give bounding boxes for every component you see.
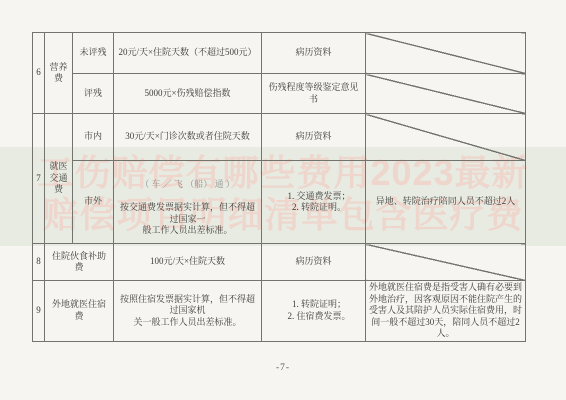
- row6-documents-1: 病历资料: [262, 33, 366, 74]
- row6-formula-1: 20元/天×住院天数（不超过500元）: [114, 33, 262, 74]
- row9-notes: 外地就医住宿费是指受害人确有必要到外地治疗，因客观原因不能住院产生的受害人及其陪…: [366, 281, 526, 342]
- row7-notes-1-empty-diagonal: [366, 114, 526, 161]
- row6-notes-2-empty-diagonal: [366, 74, 526, 114]
- row7-notes-2: 异地、转院治疗陪同人员不超过2人: [366, 161, 526, 244]
- row7-formula-2-degraded-line: （ 车 ／ 飞 （船） 通 ）: [117, 179, 258, 191]
- row8-number: 8: [33, 244, 45, 281]
- row6-documents-2: 伤残程度等级鉴定意见书: [262, 74, 366, 114]
- row7-subtype-2: 市外: [73, 161, 114, 244]
- row8-formula: 100元/天×住院天数: [114, 244, 262, 281]
- compensation-items-table: 6 营养费 未评残 20元/天×住院天数（不超过500元） 病历资料 评残 50…: [32, 32, 526, 342]
- row8-documents: 病历资料: [262, 244, 366, 281]
- row7-documents-1: 病历资料: [262, 114, 366, 161]
- row7-formula-2: （ 车 ／ 飞 （船） 通 ） 按交通费发票据实计算，但不得超过国家一 般工作人…: [114, 161, 262, 244]
- row7-formula-1: 30元/天×门诊次数或者住院天数: [114, 114, 262, 161]
- row7-documents-2: 1. 交通费发票； 2. 转院证明。: [262, 161, 366, 244]
- page-number: -7-: [0, 363, 566, 373]
- row7-number: 7: [33, 114, 45, 244]
- row9-category: 外地就医住宿费: [45, 281, 114, 342]
- row7-category: 就医 交通费: [45, 114, 73, 244]
- row8-notes-empty-diagonal: [366, 244, 526, 281]
- row9-number: 9: [33, 281, 45, 342]
- row6-category: 营养费: [45, 33, 73, 114]
- scanned-document-page: 工伤赔偿有哪些费用2023最新 赔偿项目明细清单包含医疗费 6 营养费 未评残 …: [0, 0, 566, 400]
- row9-formula: 按照住宿发票据实计算，但不得超过国家机 关一般工作人员出差标准。: [114, 281, 262, 342]
- row7-subtype-1: 市内: [73, 114, 114, 161]
- row6-formula-2: 5000元×伤残赔偿指数: [114, 74, 262, 114]
- row8-category: 住院伙食补助费: [45, 244, 114, 281]
- row6-number: 6: [33, 33, 45, 114]
- row6-subtype-1: 未评残: [73, 33, 114, 74]
- row7-formula-2-text: 按交通费发票据实计算，但不得超过国家一 般工作人员出差标准。: [120, 202, 255, 235]
- row6-subtype-2: 评残: [73, 74, 114, 114]
- row9-documents: 1. 转院证明； 2. 住宿费发票。: [262, 281, 366, 342]
- row6-notes-1-empty-diagonal: [366, 33, 526, 74]
